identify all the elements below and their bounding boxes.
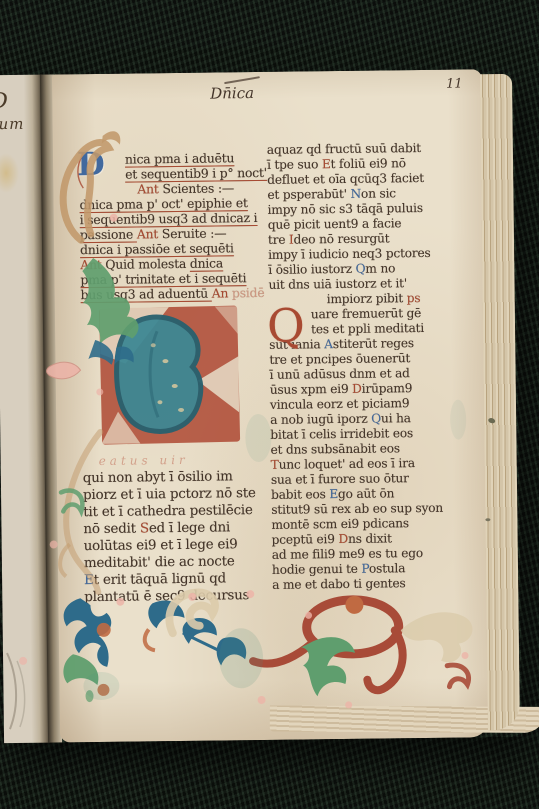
- text-segment: sua et ī furore suo ōtur: [271, 471, 409, 487]
- text-segment: uare fremuerūt gē: [311, 306, 421, 321]
- text-segment: ad me fili9 me9 es tu ego: [272, 546, 423, 562]
- facing-text-fragment: D: [0, 89, 8, 114]
- text-segment: unc loquet' ad eos ī ira: [279, 456, 415, 472]
- text-segment: aquaz qd fructū suū dabit: [267, 141, 421, 157]
- text-segment: T: [271, 458, 279, 472]
- text-segment: a nob iugū iporz: [270, 412, 371, 427]
- text-segment: ūsus xpm ei9: [270, 382, 352, 397]
- text-segment: hodie genui te: [272, 562, 362, 577]
- text-segment: ps: [407, 291, 421, 305]
- text-segment: ns dixit: [348, 531, 392, 546]
- text-segment: Quid molesta: [105, 256, 190, 272]
- text-line: i sequentib9 usq3 ad dnicaz i: [80, 210, 268, 227]
- illuminated-initial-B: [95, 300, 247, 450]
- text-line: et sequentib9 i p° noct': [125, 165, 267, 182]
- text-segment: A: [324, 337, 333, 351]
- text-segment: impy nō sic s3 tāqā puluis: [268, 201, 423, 217]
- text-segment: montē scm ei9 pdicans: [271, 516, 409, 532]
- left-column: D nica pma i aduētuet sequentib9 i p° no…: [79, 150, 273, 606]
- text-segment: ed ī lege dni: [149, 520, 230, 536]
- text-segment: ī tpe suo: [267, 157, 322, 172]
- text-segment: tit et ī cathedra pestilēcie: [83, 503, 253, 520]
- running-header: Dn̄ica: [210, 84, 254, 103]
- parchment-stain: [0, 153, 19, 193]
- text-segment: impy ī iudicio neq3 pctores: [268, 246, 431, 262]
- right-column: Q aquaz qd fructū suū dabitī tpe suo Et …: [267, 140, 476, 592]
- text-line: plantatū ē sec9 decursus: [84, 587, 272, 606]
- text-segment: bitat ī celis irridebit eos: [270, 426, 413, 442]
- text-segment: nica pma i aduētu: [125, 150, 234, 166]
- text-segment: stiterūt reges: [333, 336, 414, 351]
- text-segment: Scientes :—: [162, 180, 234, 196]
- text-segment: meditabit' die ac nocte: [84, 554, 235, 571]
- header-flourish-stroke: [224, 76, 260, 84]
- text-segment: deo nō resurgūt: [294, 231, 390, 246]
- text-segment: quē picit uent9 a facie: [268, 216, 402, 232]
- text-segment: tre: [268, 233, 289, 247]
- text-line: Ant Scientes :—: [137, 180, 267, 197]
- text-segment: tes et ppli meditati: [311, 321, 424, 336]
- text-segment: ī unū adūsus dnm et ad: [270, 366, 410, 382]
- text-segment: et psperabūt': [267, 187, 350, 202]
- text-segment: Ant: [137, 181, 162, 196]
- text-segment: t foliū ei9 nō: [331, 156, 406, 171]
- text-segment: vincula eorz et piciam9: [270, 396, 410, 412]
- text-segment: E: [322, 157, 331, 171]
- wormhole: [488, 417, 496, 424]
- text-segment: An: [212, 285, 232, 300]
- text-segment: go aūt ōn: [338, 486, 394, 501]
- text-segment: psidē: [232, 285, 265, 300]
- text-segment: piorz et ī uia pctorz nō ste: [83, 486, 256, 503]
- text-segment: N: [350, 187, 361, 201]
- initial-caption: eatus uir: [99, 452, 271, 470]
- text-segment: P: [361, 562, 369, 576]
- text-segment: on sic: [361, 186, 396, 200]
- text-segment: qui non abyt ī ōsilio im: [83, 469, 233, 486]
- text-segment: uolūtas ei9 et ī lege ei9: [84, 537, 238, 554]
- text-segment: uit dns uiā iustorz et it': [268, 276, 407, 292]
- text-segment: babit eos: [271, 487, 329, 502]
- text-segment: E: [84, 573, 94, 588]
- open-book: D um Dn̄ica 11 D nica pma i aduētuet seq…: [0, 69, 522, 743]
- text-segment: ostula: [369, 561, 405, 575]
- text-segment: Ant: [137, 226, 162, 241]
- text-line: nica pma i aduētu: [125, 150, 267, 167]
- rubricated-initial-Q: Q: [267, 302, 305, 348]
- text-segment: irūpam9: [362, 381, 413, 396]
- folio-number: 11: [446, 76, 463, 91]
- facing-text-fragment: um: [0, 115, 25, 133]
- right-text-block: aquaz qd fructū suū dabitī tpe suo Et fo…: [267, 140, 476, 592]
- text-segment: stitut9 sū rex ab eo sup syon: [271, 501, 443, 517]
- text-segment: Q: [355, 262, 365, 276]
- text-segment: passione: [80, 226, 137, 242]
- text-segment: Q: [371, 412, 381, 426]
- text-segment: ui ha: [381, 411, 411, 425]
- text-segment: tre et pncipes ōuenerūt: [269, 351, 410, 367]
- text-segment: plantatū ē sec9 decursus: [84, 588, 249, 605]
- drop-cap-initial: D: [77, 148, 105, 180]
- text-segment: Ant: [80, 257, 105, 272]
- text-line: tit et ī cathedra pestilēcie: [83, 502, 271, 521]
- manuscript-photo: D um Dn̄ica 11 D nica pma i aduētuet seq…: [0, 0, 539, 809]
- text-segment: D: [352, 382, 362, 396]
- text-segment: m no: [365, 261, 395, 275]
- psalm-block: qui non abyt ī ōsilio impiorz et ī uia p…: [83, 468, 273, 606]
- text-segment: a me et dabo ti gentes: [272, 576, 406, 592]
- text-segment: Seruite :—: [162, 225, 227, 241]
- text-segment: E: [329, 487, 338, 501]
- text-segment: pceptū ei9: [272, 532, 339, 547]
- rubric-block: nica pma i aduētuet sequentib9 i p° noct…: [79, 150, 269, 302]
- text-line: a me et dabo ti gentes: [272, 575, 476, 592]
- text-segment: i sequentib9 usq3 ad dnicaz i: [80, 210, 258, 227]
- text-segment: impiorz pibit: [327, 291, 407, 306]
- text-segment: dnica: [190, 255, 223, 270]
- text-segment: defluet et oīa qcūq3 faciet: [267, 171, 424, 187]
- text-segment: nō sedit: [83, 521, 140, 537]
- text-segment: t erit tāquā lignū qd: [94, 571, 226, 588]
- fore-edge-page-stack: [480, 74, 520, 730]
- text-line: bus usq3 ad aduentū An psidē: [81, 285, 269, 302]
- text-segment: et sequentib9 i p° noct': [125, 165, 267, 182]
- manuscript-page: Dn̄ica 11 D nica pma i aduētuet sequenti…: [52, 69, 490, 742]
- edge-speck: [485, 518, 490, 521]
- text-segment: bus usq3 ad aduentū: [81, 286, 212, 303]
- text-segment: et dns subsānabit eos: [270, 441, 400, 457]
- text-segment: ī ōsilio iustorz: [268, 262, 355, 277]
